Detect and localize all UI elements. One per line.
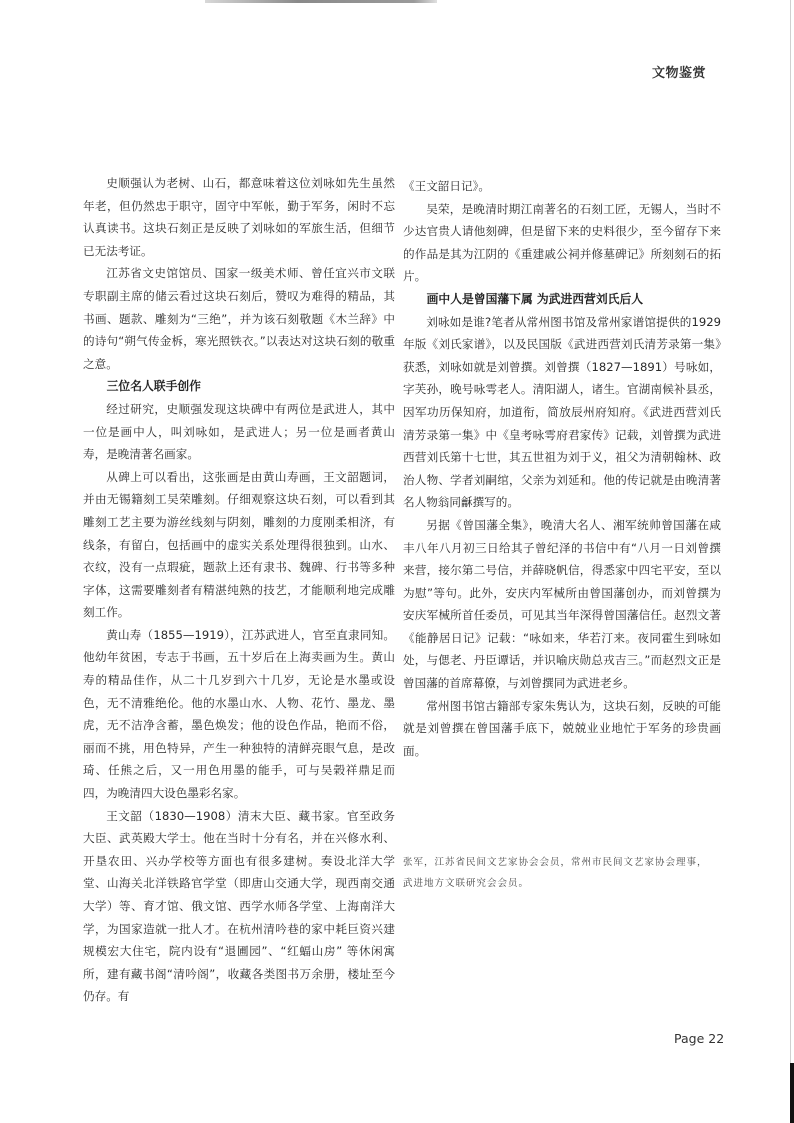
paragraph: 王文韶（1830—1908）清末大臣、藏书家。官至政务大臣、武英殿大学士。他在当… (83, 805, 395, 1008)
scan-edge-artifact (205, 0, 437, 3)
author-note-line: 张军，江苏省民间文艺家协会会员，常州市民间文艺家协会理事， (403, 852, 748, 873)
author-note-line: 武进地方文联研究会会员。 (403, 873, 748, 894)
scan-corner-shadow (790, 1063, 794, 1123)
page-number: Page 22 (674, 1031, 724, 1046)
author-note: 张军，江苏省民间文艺家协会会员，常州市民间文艺家协会理事， 武进地方文联研究会会… (403, 852, 748, 894)
paragraph: 常州图书馆古籍部专家朱隽认为，这块石刻，反映的可能就是刘曾撰在曾国藩手底下，兢兢… (403, 695, 721, 763)
scan-right-border (790, 0, 791, 1123)
paragraph: 从碑上可以看出，这张画是由黄山寿画，王文韶题词，并由无锡籍刻工吴荣雕刻。仔细观察… (83, 466, 395, 624)
paragraph: 吴荣，是晚清时期江南著名的石刻工匠，无锡人，当时不少达官贵人请他刻碑，但是留下来… (403, 198, 721, 288)
section-heading: 三位名人联手创作 (83, 375, 395, 398)
paragraph: 黄山寿（1855—1919），江苏武进人，官至直隶同知。他幼年贫困，专志于书画，… (83, 624, 395, 805)
paragraph: 史顺强认为老树、山石，都意味着这位刘咏如先生虽然年老，但仍然忠于职守，固守中军帐… (83, 172, 395, 262)
paragraph: 刘咏如是谁?笔者从常州图书馆及常州家谱馆提供的1929年版《刘氏家谱》，以及民国… (403, 311, 721, 514)
paragraph: 另据《曾国藩全集》，晚清大名人、湘军统帅曾国藩在咸丰八年八月初三日给其子曾纪泽的… (403, 514, 721, 695)
paragraph: 江苏省文史馆馆员、国家一级美术师、曾任宜兴市文联专职副主席的储云看过这块石刻后，… (83, 262, 395, 375)
left-column: 史顺强认为老树、山石，都意味着这位刘咏如先生虽然年老，但仍然忠于职守，固守中军帐… (83, 172, 395, 1008)
section-heading: 画中人是曾国藩下属 为武进西营刘氏后人 (403, 288, 721, 311)
right-column: 《王文韶日记》。 吴荣，是晚清时期江南著名的石刻工匠，无锡人，当时不少达官贵人请… (403, 175, 721, 762)
paragraph-continuation: 《王文韶日记》。 (403, 175, 721, 198)
section-tag: 文物鉴赏 (652, 62, 706, 81)
paragraph: 经过研究，史顺强发现这块碑中有两位是武进人，其中一位是画中人，叫刘咏如，是武进人… (83, 398, 395, 466)
